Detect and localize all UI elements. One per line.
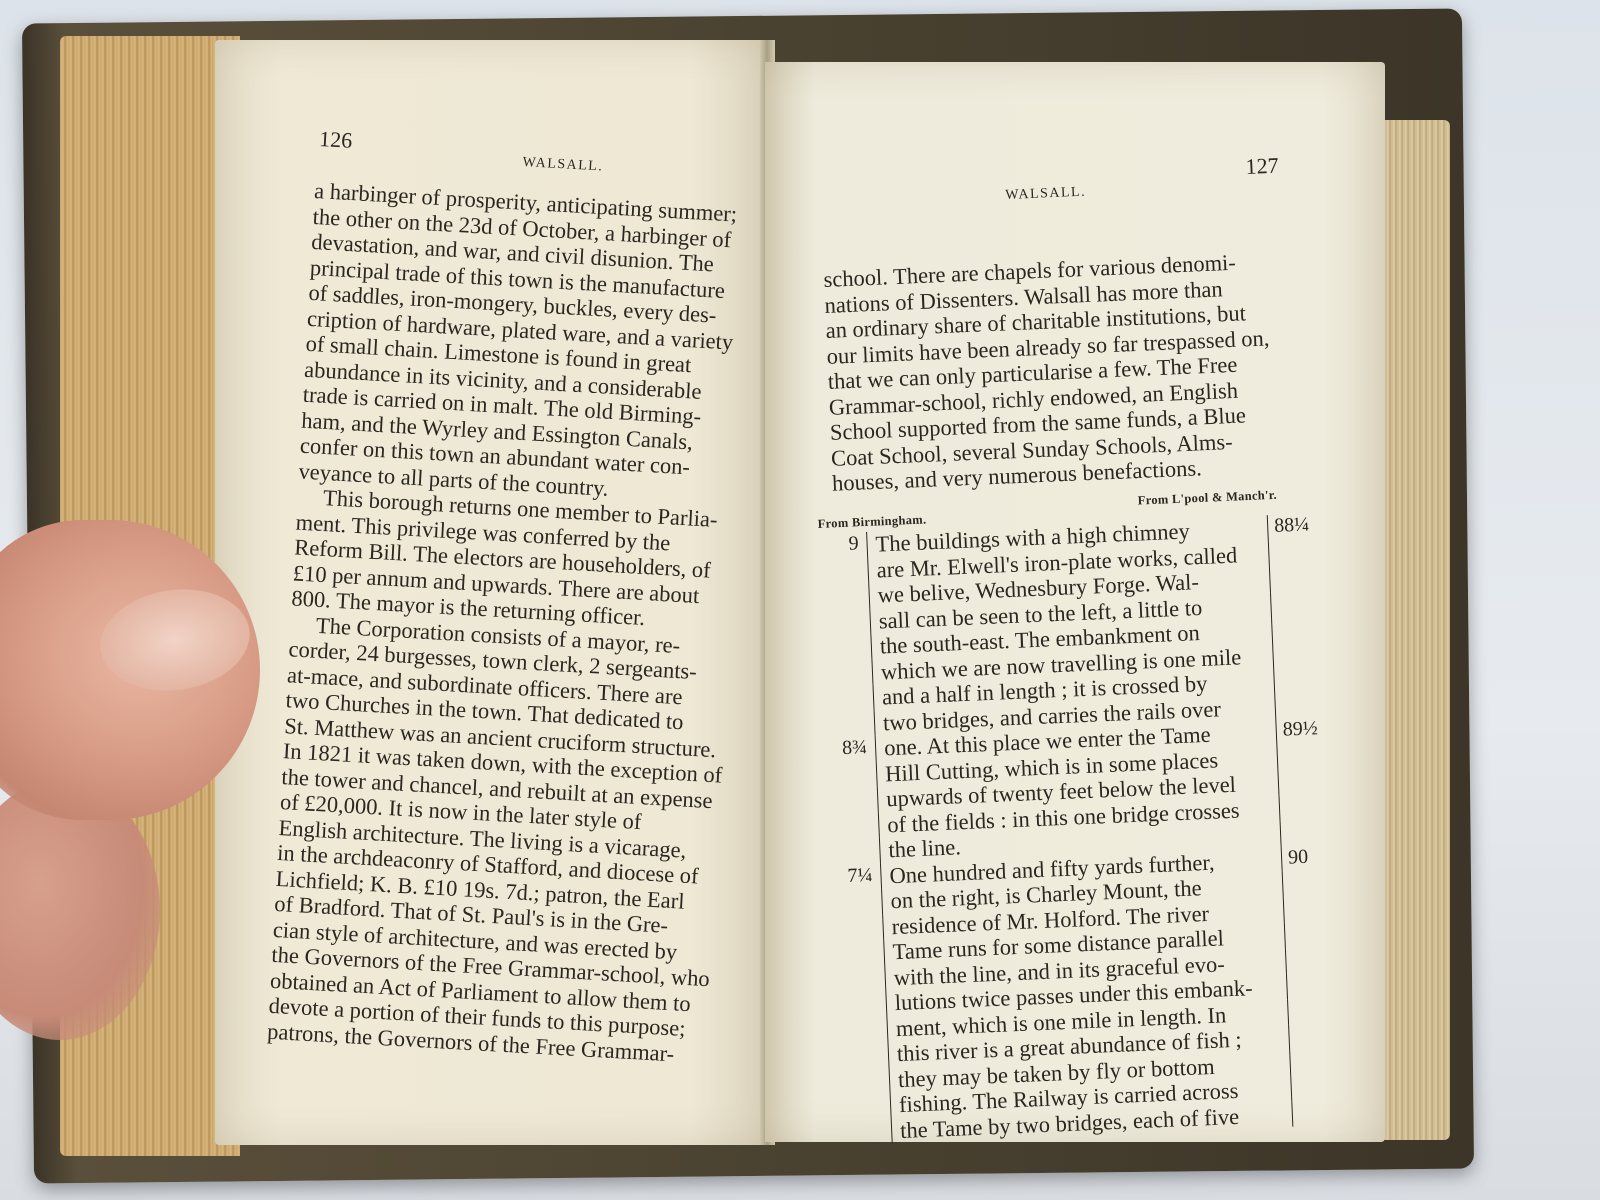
miles-from-birmingham [835, 940, 884, 967]
miles-from-birmingham [831, 838, 880, 865]
mileage-table: From Birmingham. From L'pool & Manch'r. … [817, 486, 1343, 1145]
miles-from-birmingham [821, 608, 870, 635]
miles-from-lpool [1286, 946, 1333, 973]
right-page: 127 WALSALL. school. There are chapels f… [765, 62, 1385, 1142]
miles-from-lpool [1274, 666, 1321, 693]
miles-from-birmingham [843, 1118, 892, 1145]
miles-from-lpool [1272, 615, 1319, 642]
miles-from-birmingham [842, 1092, 891, 1119]
page-edges-right [1380, 120, 1450, 1140]
miles-from-lpool [1281, 819, 1328, 846]
page-number-left: 126 [319, 126, 353, 154]
miles-from-lpool [1273, 641, 1320, 668]
miles-from-lpool [1279, 793, 1326, 820]
miles-from-lpool [1289, 1023, 1336, 1050]
miles-from-lpool [1283, 870, 1330, 897]
miles-from-lpool [1288, 997, 1335, 1024]
miles-from-birmingham [838, 1016, 887, 1043]
miles-from-birmingham: 9 [818, 532, 867, 559]
miles-from-lpool [1291, 1074, 1338, 1101]
miles-from-lpool [1277, 743, 1324, 770]
miles-from-lpool [1284, 895, 1331, 922]
miles-from-birmingham [828, 761, 877, 788]
miles-from-birmingham [830, 812, 879, 839]
miles-from-lpool: 89½ [1276, 717, 1323, 744]
running-head-right: WALSALL. [1005, 185, 1086, 204]
miles-from-lpool: 90 [1282, 844, 1329, 871]
miles-from-lpool [1270, 564, 1317, 591]
miles-from-birmingham [829, 787, 878, 814]
miles-from-birmingham [826, 710, 875, 737]
miles-from-birmingham [841, 1067, 890, 1094]
miles-from-lpool [1278, 768, 1325, 795]
miles-from-lpool: 88¼ [1268, 513, 1315, 540]
miles-from-lpool [1271, 590, 1318, 617]
miles-from-birmingham: 8¾ [827, 736, 876, 763]
miles-from-birmingham [836, 965, 885, 992]
miles-from-birmingham [837, 991, 886, 1018]
miles-from-birmingham [825, 685, 874, 712]
miles-from-birmingham: 7¼ [832, 863, 881, 890]
miles-from-birmingham [823, 659, 872, 686]
left-page: 126 WALSALL. a harbinger of prosperity, … [215, 40, 775, 1145]
miles-from-birmingham [834, 914, 883, 941]
right-page-body: school. There are chapels for various de… [823, 247, 1302, 496]
miles-from-birmingham [820, 583, 869, 610]
miles-from-birmingham [822, 634, 871, 661]
miles-from-birmingham [819, 557, 868, 584]
miles-from-lpool [1290, 1048, 1337, 1075]
miles-from-birmingham [833, 889, 882, 916]
miles-from-lpool [1287, 972, 1334, 999]
miles-from-lpool [1269, 539, 1316, 566]
miles-from-lpool [1275, 692, 1322, 719]
running-head-left: WALSALL. [522, 155, 604, 175]
miles-from-birmingham [839, 1042, 888, 1069]
miles-from-lpool [1285, 921, 1332, 948]
left-page-body: a harbinger of prosperity, anticipating … [267, 178, 755, 1068]
miles-from-lpool [1292, 1099, 1339, 1126]
page-number-right: 127 [1245, 153, 1279, 180]
